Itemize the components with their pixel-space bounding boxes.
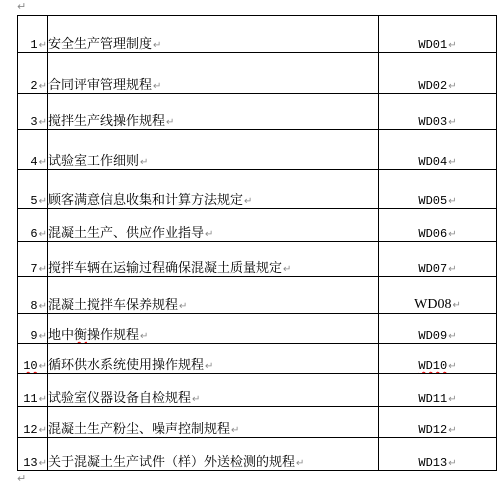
document-title-text: 试验室仪器设备自检规程 [48, 390, 191, 405]
paragraph-mark: ↵ [17, 473, 26, 484]
document-title-text: 地中 [48, 327, 74, 342]
end-of-cell-mark: ↵ [448, 229, 456, 240]
document-title-cell[interactable]: 搅拌生产线操作规程↵ [48, 94, 379, 130]
row-number: 11 [23, 392, 37, 406]
document-title-cell[interactable]: 试验室工作细则↵ [48, 130, 379, 170]
row-number-cell[interactable]: 10↵ [18, 344, 48, 374]
end-of-cell-mark: ↵ [166, 117, 174, 128]
end-of-cell-mark: ↵ [39, 196, 47, 207]
document-title-cell[interactable]: 混凝土生产、供应作业指导↵ [48, 209, 379, 242]
end-of-cell-mark: ↵ [448, 196, 456, 207]
row-number: 4 [30, 155, 37, 169]
end-of-cell-mark: ↵ [205, 361, 213, 372]
document-code: WD03 [418, 115, 447, 129]
end-of-cell-mark: ↵ [448, 40, 456, 51]
document-code: WD01 [418, 38, 447, 52]
table-row: 12↵混凝土生产粉尘、噪声控制规程↵WD12↵ [18, 407, 497, 438]
row-number: 7 [30, 262, 37, 276]
row-number-cell[interactable]: 2↵ [18, 53, 48, 94]
row-number: 13 [23, 456, 37, 470]
end-of-cell-mark: ↵ [448, 117, 456, 128]
table-row: 6↵混凝土生产、供应作业指导↵WD06↵ [18, 209, 497, 242]
document-code: WD13 [418, 456, 447, 470]
document-code: WD06 [418, 227, 447, 241]
document-code-cell[interactable]: WD03↵ [379, 94, 497, 130]
document-title-text: 顾客满意信息收集和计算方法规定 [48, 192, 243, 207]
end-of-cell-mark: ↵ [448, 361, 456, 372]
row-number: 1 [30, 38, 37, 52]
document-title-cell[interactable]: 合同评审管理规程↵ [48, 53, 379, 94]
document-list-rows: 1↵安全生产管理制度↵WD01↵2↵合同评审管理规程↵WD02↵3↵搅拌生产线操… [18, 16, 497, 471]
row-number-cell[interactable]: 13↵ [18, 438, 48, 471]
document-title-cell[interactable]: 循环供水系统使用操作规程↵ [48, 344, 379, 374]
document-code-cell[interactable]: WD12↵ [379, 407, 497, 438]
table-row: 10↵循环供水系统使用操作规程↵WD10↵ [18, 344, 497, 374]
document-code-cell[interactable]: WD09↵ [379, 314, 497, 344]
end-of-cell-mark: ↵ [448, 458, 456, 469]
table-row: 13↵关于混凝土生产试件（样）外送检测的规程↵WD13↵ [18, 438, 497, 471]
table-row: 2↵合同评审管理规程↵WD02↵ [18, 53, 497, 94]
document-code: WD04 [418, 155, 447, 169]
end-of-cell-mark: ↵ [448, 81, 456, 92]
document-code: WD09 [418, 329, 447, 343]
row-number-cell[interactable]: 3↵ [18, 94, 48, 130]
document-title-text: 合同评审管理规程 [48, 77, 152, 92]
end-of-cell-mark: ↵ [39, 425, 47, 436]
end-of-cell-mark: ↵ [39, 394, 47, 405]
end-of-cell-mark: ↵ [39, 117, 47, 128]
document-title-text: 试验室工作细则 [48, 153, 139, 168]
document-title-text: 循环供水系统使用操作规程 [48, 357, 204, 372]
document-title-cell[interactable]: 混凝土生产粉尘、噪声控制规程↵ [48, 407, 379, 438]
document-title-cell[interactable]: 安全生产管理制度↵ [48, 16, 379, 53]
row-number: 6 [30, 227, 37, 241]
end-of-cell-mark: ↵ [153, 81, 161, 92]
document-code: WD02 [418, 79, 447, 93]
document-code-cell[interactable]: WD06↵ [379, 209, 497, 242]
row-number: 3 [30, 115, 37, 129]
row-number: 12 [23, 423, 37, 437]
document-title-text: 混凝土生产、供应作业指导 [48, 225, 204, 240]
document-title-cell[interactable]: 试验室仪器设备自检规程↵ [48, 374, 379, 407]
row-number-misspelled: 10 [23, 359, 37, 373]
end-of-cell-mark: ↵ [231, 425, 239, 436]
end-of-cell-mark: ↵ [448, 264, 456, 275]
document-title-text: 混凝土搅拌车保养规程 [48, 297, 178, 312]
document-code: WD11 [418, 392, 447, 406]
end-of-cell-mark: ↵ [296, 458, 304, 469]
end-of-cell-mark: ↵ [448, 157, 456, 168]
row-number-cell[interactable]: 8↵ [18, 277, 48, 314]
row-number-cell[interactable]: 7↵ [18, 242, 48, 277]
row-number-cell[interactable]: 11↵ [18, 374, 48, 407]
end-of-cell-mark: ↵ [153, 40, 161, 51]
end-of-cell-mark: ↵ [205, 229, 213, 240]
document-code-cell[interactable]: WD10↵ [379, 344, 497, 374]
table-row: 7↵搅拌车辆在运输过程确保混凝土质量规定↵WD07↵ [18, 242, 497, 277]
row-number-cell[interactable]: 6↵ [18, 209, 48, 242]
end-of-cell-mark: ↵ [448, 394, 456, 405]
end-of-cell-mark: ↵ [179, 301, 187, 312]
end-of-cell-mark: ↵ [140, 157, 148, 168]
row-number-cell[interactable]: 5↵ [18, 170, 48, 209]
end-of-cell-mark: ↵ [39, 264, 47, 275]
document-title-cell[interactable]: 地中衡操作规程↵ [48, 314, 379, 344]
document-code: WD08 [414, 297, 451, 312]
document-code-cell[interactable]: WD04↵ [379, 130, 497, 170]
table-row: 5↵顾客满意信息收集和计算方法规定↵WD05↵ [18, 170, 497, 209]
row-number-cell[interactable]: 1↵ [18, 16, 48, 53]
table-row: 11↵试验室仪器设备自检规程↵WD11↵ [18, 374, 497, 407]
end-of-cell-mark: ↵ [39, 81, 47, 92]
table-row: 4↵试验室工作细则↵WD04↵ [18, 130, 497, 170]
end-of-cell-mark: ↵ [192, 394, 200, 405]
table-row: 1↵安全生产管理制度↵WD01↵ [18, 16, 497, 53]
end-of-cell-mark: ↵ [39, 40, 47, 51]
row-number: 5 [30, 194, 37, 208]
paragraph-mark: ↵ [17, 1, 26, 12]
end-of-cell-mark: ↵ [244, 196, 252, 207]
table-row: 8↵混凝土搅拌车保养规程↵WD08↵ [18, 277, 497, 314]
row-number-cell[interactable]: 12↵ [18, 407, 48, 438]
misspelled-text: 衡 [74, 327, 87, 342]
document-list-table: 1↵安全生产管理制度↵WD01↵2↵合同评审管理规程↵WD02↵3↵搅拌生产线操… [17, 15, 497, 471]
end-of-cell-mark: ↵ [452, 300, 460, 311]
document-title-text: 关于混凝土生产试件（样）外送检测的规程 [48, 454, 295, 469]
document-code-cell[interactable]: WD01↵ [379, 16, 497, 53]
end-of-cell-mark: ↵ [283, 264, 291, 275]
end-of-cell-mark: ↵ [39, 301, 47, 312]
document-code-cell[interactable]: WD11↵ [379, 374, 497, 407]
document-code-cell[interactable]: WD02↵ [379, 53, 497, 94]
end-of-cell-mark: ↵ [448, 425, 456, 436]
document-title-text: 搅拌生产线操作规程 [48, 113, 165, 128]
row-number-cell[interactable]: 9↵ [18, 314, 48, 344]
document-title-text: 安全生产管理制度 [48, 36, 152, 51]
end-of-cell-mark: ↵ [448, 331, 456, 342]
end-of-cell-mark: ↵ [39, 458, 47, 469]
end-of-cell-mark: ↵ [39, 331, 47, 342]
document-code: WD07 [418, 262, 447, 276]
end-of-cell-mark: ↵ [39, 229, 47, 240]
document-code-cell[interactable]: WD05↵ [379, 170, 497, 209]
document-code-cell[interactable]: WD13↵ [379, 438, 497, 471]
document-title-text: 搅拌车辆在运输过程确保混凝土质量规定 [48, 260, 282, 275]
document-code-misspelled: WD10 [418, 359, 447, 373]
row-number: 2 [30, 79, 37, 93]
end-of-cell-mark: ↵ [39, 361, 47, 372]
document-title-cell[interactable]: 混凝土搅拌车保养规程↵ [48, 277, 379, 314]
document-title-text: 操作规程 [87, 327, 139, 342]
row-number: 8 [30, 299, 37, 313]
document-title-cell[interactable]: 关于混凝土生产试件（样）外送检测的规程↵ [48, 438, 379, 471]
document-title-text: 混凝土生产粉尘、噪声控制规程 [48, 421, 230, 436]
end-of-cell-mark: ↵ [140, 331, 148, 342]
row-number-cell[interactable]: 4↵ [18, 130, 48, 170]
end-of-cell-mark: ↵ [39, 157, 47, 168]
document-code: WD12 [418, 423, 447, 437]
row-number: 9 [30, 329, 37, 343]
table-row: 9↵地中衡操作规程↵WD09↵ [18, 314, 497, 344]
document-code: WD05 [418, 194, 447, 208]
document-code-cell[interactable]: WD07↵ [379, 242, 497, 277]
table-row: 3↵搅拌生产线操作规程↵WD03↵ [18, 94, 497, 130]
document-code-cell[interactable]: WD08↵ [379, 277, 497, 314]
document-title-cell[interactable]: 顾客满意信息收集和计算方法规定↵ [48, 170, 379, 209]
document-title-cell[interactable]: 搅拌车辆在运输过程确保混凝土质量规定↵ [48, 242, 379, 277]
